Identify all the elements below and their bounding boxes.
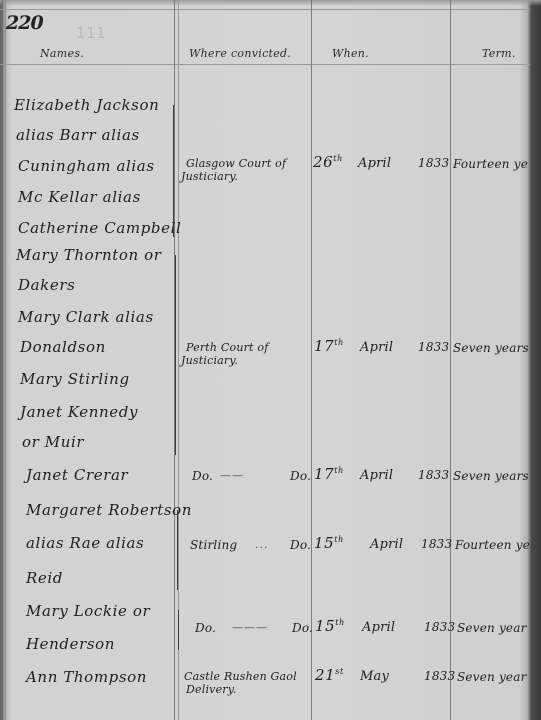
name-line: Mc Kellar alias	[18, 188, 141, 206]
name-line: Margaret Robertson	[26, 501, 192, 519]
conviction-year: 1833	[418, 468, 449, 482]
conviction-year: 1833	[418, 340, 449, 354]
conviction-month: April	[360, 468, 393, 483]
sentence-term: Fourteen ye	[453, 157, 528, 171]
ditto-mark: Do.	[290, 469, 311, 483]
header-when: When.	[332, 47, 369, 60]
bracket	[170, 105, 174, 237]
sentence-term: Fourteen ye	[455, 538, 530, 552]
name-line: Janet Crerar	[26, 466, 128, 484]
ditto-dash: ——	[220, 469, 244, 482]
faint-stamp: 111	[76, 24, 106, 42]
ditto-dash: ...	[255, 538, 269, 551]
conviction-month: May	[360, 669, 389, 684]
page-number: 220	[6, 12, 43, 34]
sentence-term: Seven year	[457, 621, 527, 635]
conviction-month: April	[362, 620, 395, 635]
where-convicted: Glasgow Court of	[186, 157, 286, 170]
name-line: Catherine Campbell	[18, 219, 181, 237]
header-term: Term.	[482, 47, 516, 60]
name-line: Ann Thompson	[26, 668, 147, 686]
name-line: Cuningham alias	[18, 157, 155, 175]
ditto-dash: ———	[232, 621, 268, 634]
where-convicted-line2: Justiciary.	[181, 170, 238, 183]
name-line: Reid	[26, 569, 63, 587]
name-line: Henderson	[26, 635, 115, 653]
ditto-mark: Do.	[292, 621, 313, 635]
binding-edge-line	[5, 0, 6, 720]
sentence-term: Seven years	[453, 469, 529, 483]
conviction-day: 17th	[314, 337, 344, 355]
name-line: alias Rae alias	[26, 534, 144, 552]
name-line: Elizabeth Jackson	[14, 96, 159, 114]
conviction-day: 15th	[315, 617, 345, 635]
header-where-convicted: Where convicted.	[189, 47, 291, 60]
column-divider-when	[450, 0, 451, 720]
conviction-day: 15th	[314, 534, 344, 552]
page-top-shadow	[0, 0, 541, 6]
name-line: Mary Stirling	[20, 370, 130, 388]
where-convicted: Do.	[192, 469, 213, 483]
name-line: Dakers	[18, 276, 75, 294]
name-line: alias Barr alias	[16, 126, 140, 144]
conviction-day: 21st	[315, 666, 344, 684]
bracket	[175, 610, 179, 650]
conviction-year: 1833	[421, 537, 452, 551]
ditto-mark: Do.	[290, 538, 311, 552]
conviction-year: 1833	[424, 620, 455, 634]
conviction-month: April	[370, 537, 403, 552]
conviction-year: 1833	[418, 156, 449, 170]
bracket	[174, 510, 178, 590]
binding-edge-line	[2, 0, 3, 720]
ledger-page: 220 111 Names. Where convicted. When. Te…	[0, 0, 541, 720]
conviction-month: April	[360, 340, 393, 355]
name-line: or Muir	[22, 433, 84, 451]
where-convicted-line2: Justiciary.	[181, 354, 238, 367]
conviction-day: 17th	[314, 465, 344, 483]
where-convicted: Stirling	[190, 538, 237, 552]
name-line: Janet Kennedy	[20, 403, 138, 421]
sentence-term: Seven years	[453, 341, 529, 355]
where-convicted: Perth Court of	[186, 341, 268, 354]
where-convicted-line2: Delivery.	[186, 683, 236, 696]
name-line: Mary Clark alias	[18, 308, 154, 326]
bracket	[172, 255, 176, 455]
where-convicted: Castle Rushen Gaol	[184, 670, 297, 683]
conviction-year: 1833	[424, 669, 455, 683]
name-line: Mary Thornton or	[16, 246, 162, 264]
sentence-term: Seven year	[457, 670, 527, 684]
where-convicted: Do.	[195, 621, 216, 635]
conviction-day: 26th	[313, 153, 343, 171]
name-line: Donaldson	[20, 338, 106, 356]
column-divider-where	[311, 0, 312, 720]
header-names: Names.	[40, 47, 84, 60]
name-line: Mary Lockie or	[26, 602, 150, 620]
conviction-month: April	[358, 156, 391, 171]
